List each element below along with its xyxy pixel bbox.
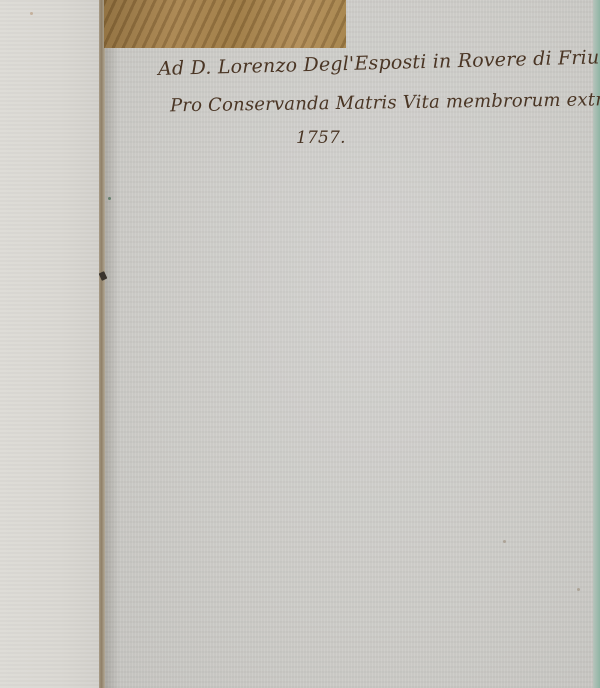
left-cover-board (0, 0, 100, 688)
inscription-date: 1757. (296, 128, 346, 148)
page-shadow (105, 0, 119, 688)
ink-speck (503, 540, 506, 543)
parchment-tab (104, 0, 346, 48)
ink-speck (108, 197, 111, 200)
ink-speck (577, 588, 580, 591)
ink-speck (30, 12, 33, 15)
